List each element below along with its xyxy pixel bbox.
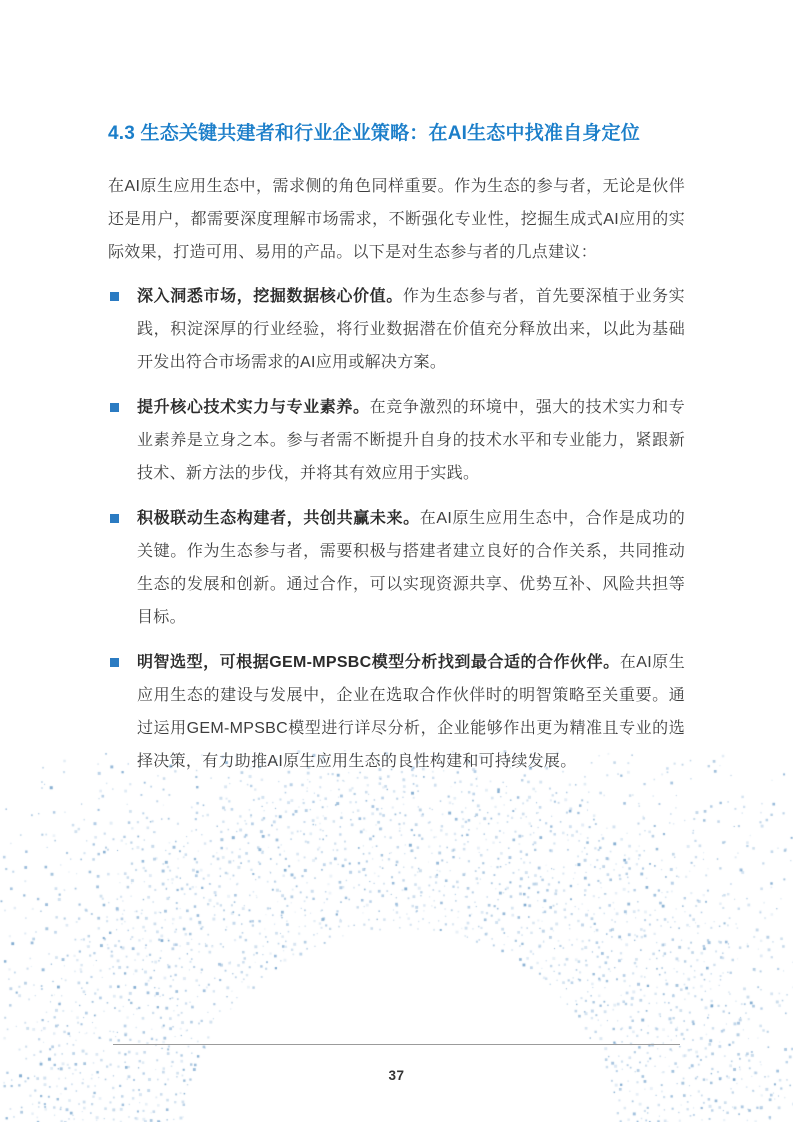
bullet-lead-text: 提升核心技术实力与专业素养。 xyxy=(137,399,370,416)
recommendation-list: 深入洞悉市场，挖掘数据核心价值。作为生态参与者，首先要深植于业务实践，积淀深厚的… xyxy=(108,280,685,778)
square-bullet-icon xyxy=(110,658,119,667)
page-number: 37 xyxy=(0,1068,793,1083)
list-item: 明智选型，可根据GEM-MPSBC模型分析找到最合适的合作伙伴。在AI原生应用生… xyxy=(108,646,685,778)
bullet-lead-text: 积极联动生态构建者，共创共赢未来。 xyxy=(137,510,420,527)
intro-paragraph: 在AI原生应用生态中，需求侧的角色同样重要。作为生态的参与者，无论是伙伴还是用户… xyxy=(108,170,685,269)
document-page: 4.3 生态关键共建者和行业企业策略：在AI生态中找准自身定位 在AI原生应用生… xyxy=(0,0,793,1122)
bullet-lead-text: 深入洞悉市场，挖掘数据核心价值。 xyxy=(137,288,403,305)
square-bullet-icon xyxy=(110,292,119,301)
square-bullet-icon xyxy=(110,514,119,523)
halftone-arc-decoration xyxy=(0,750,793,1122)
list-item: 积极联动生态构建者，共创共赢未来。在AI原生应用生态中，合作是成功的关键。作为生… xyxy=(108,502,685,634)
bullet-body-text: 在AI原生应用生态的建设与发展中，企业在选取合作伙伴时的明智策略至关重要。通过运… xyxy=(137,654,685,770)
bullet-body-text: 在AI原生应用生态中，合作是成功的关键。作为生态参与者，需要积极与搭建者建立良好… xyxy=(137,510,685,626)
list-item: 提升核心技术实力与专业素养。在竞争激烈的环境中，强大的技术实力和专业素养是立身之… xyxy=(108,391,685,490)
square-bullet-icon xyxy=(110,403,119,412)
bullet-lead-text: 明智选型，可根据GEM-MPSBC模型分析找到最合适的合作伙伴。 xyxy=(137,654,620,671)
section-heading: 4.3 生态关键共建者和行业企业策略：在AI生态中找准自身定位 xyxy=(108,121,685,147)
list-item: 深入洞悉市场，挖掘数据核心价值。作为生态参与者，首先要深植于业务实践，积淀深厚的… xyxy=(108,280,685,379)
page-content: 4.3 生态关键共建者和行业企业策略：在AI生态中找准自身定位 在AI原生应用生… xyxy=(108,121,685,778)
footer-divider xyxy=(113,1044,680,1045)
